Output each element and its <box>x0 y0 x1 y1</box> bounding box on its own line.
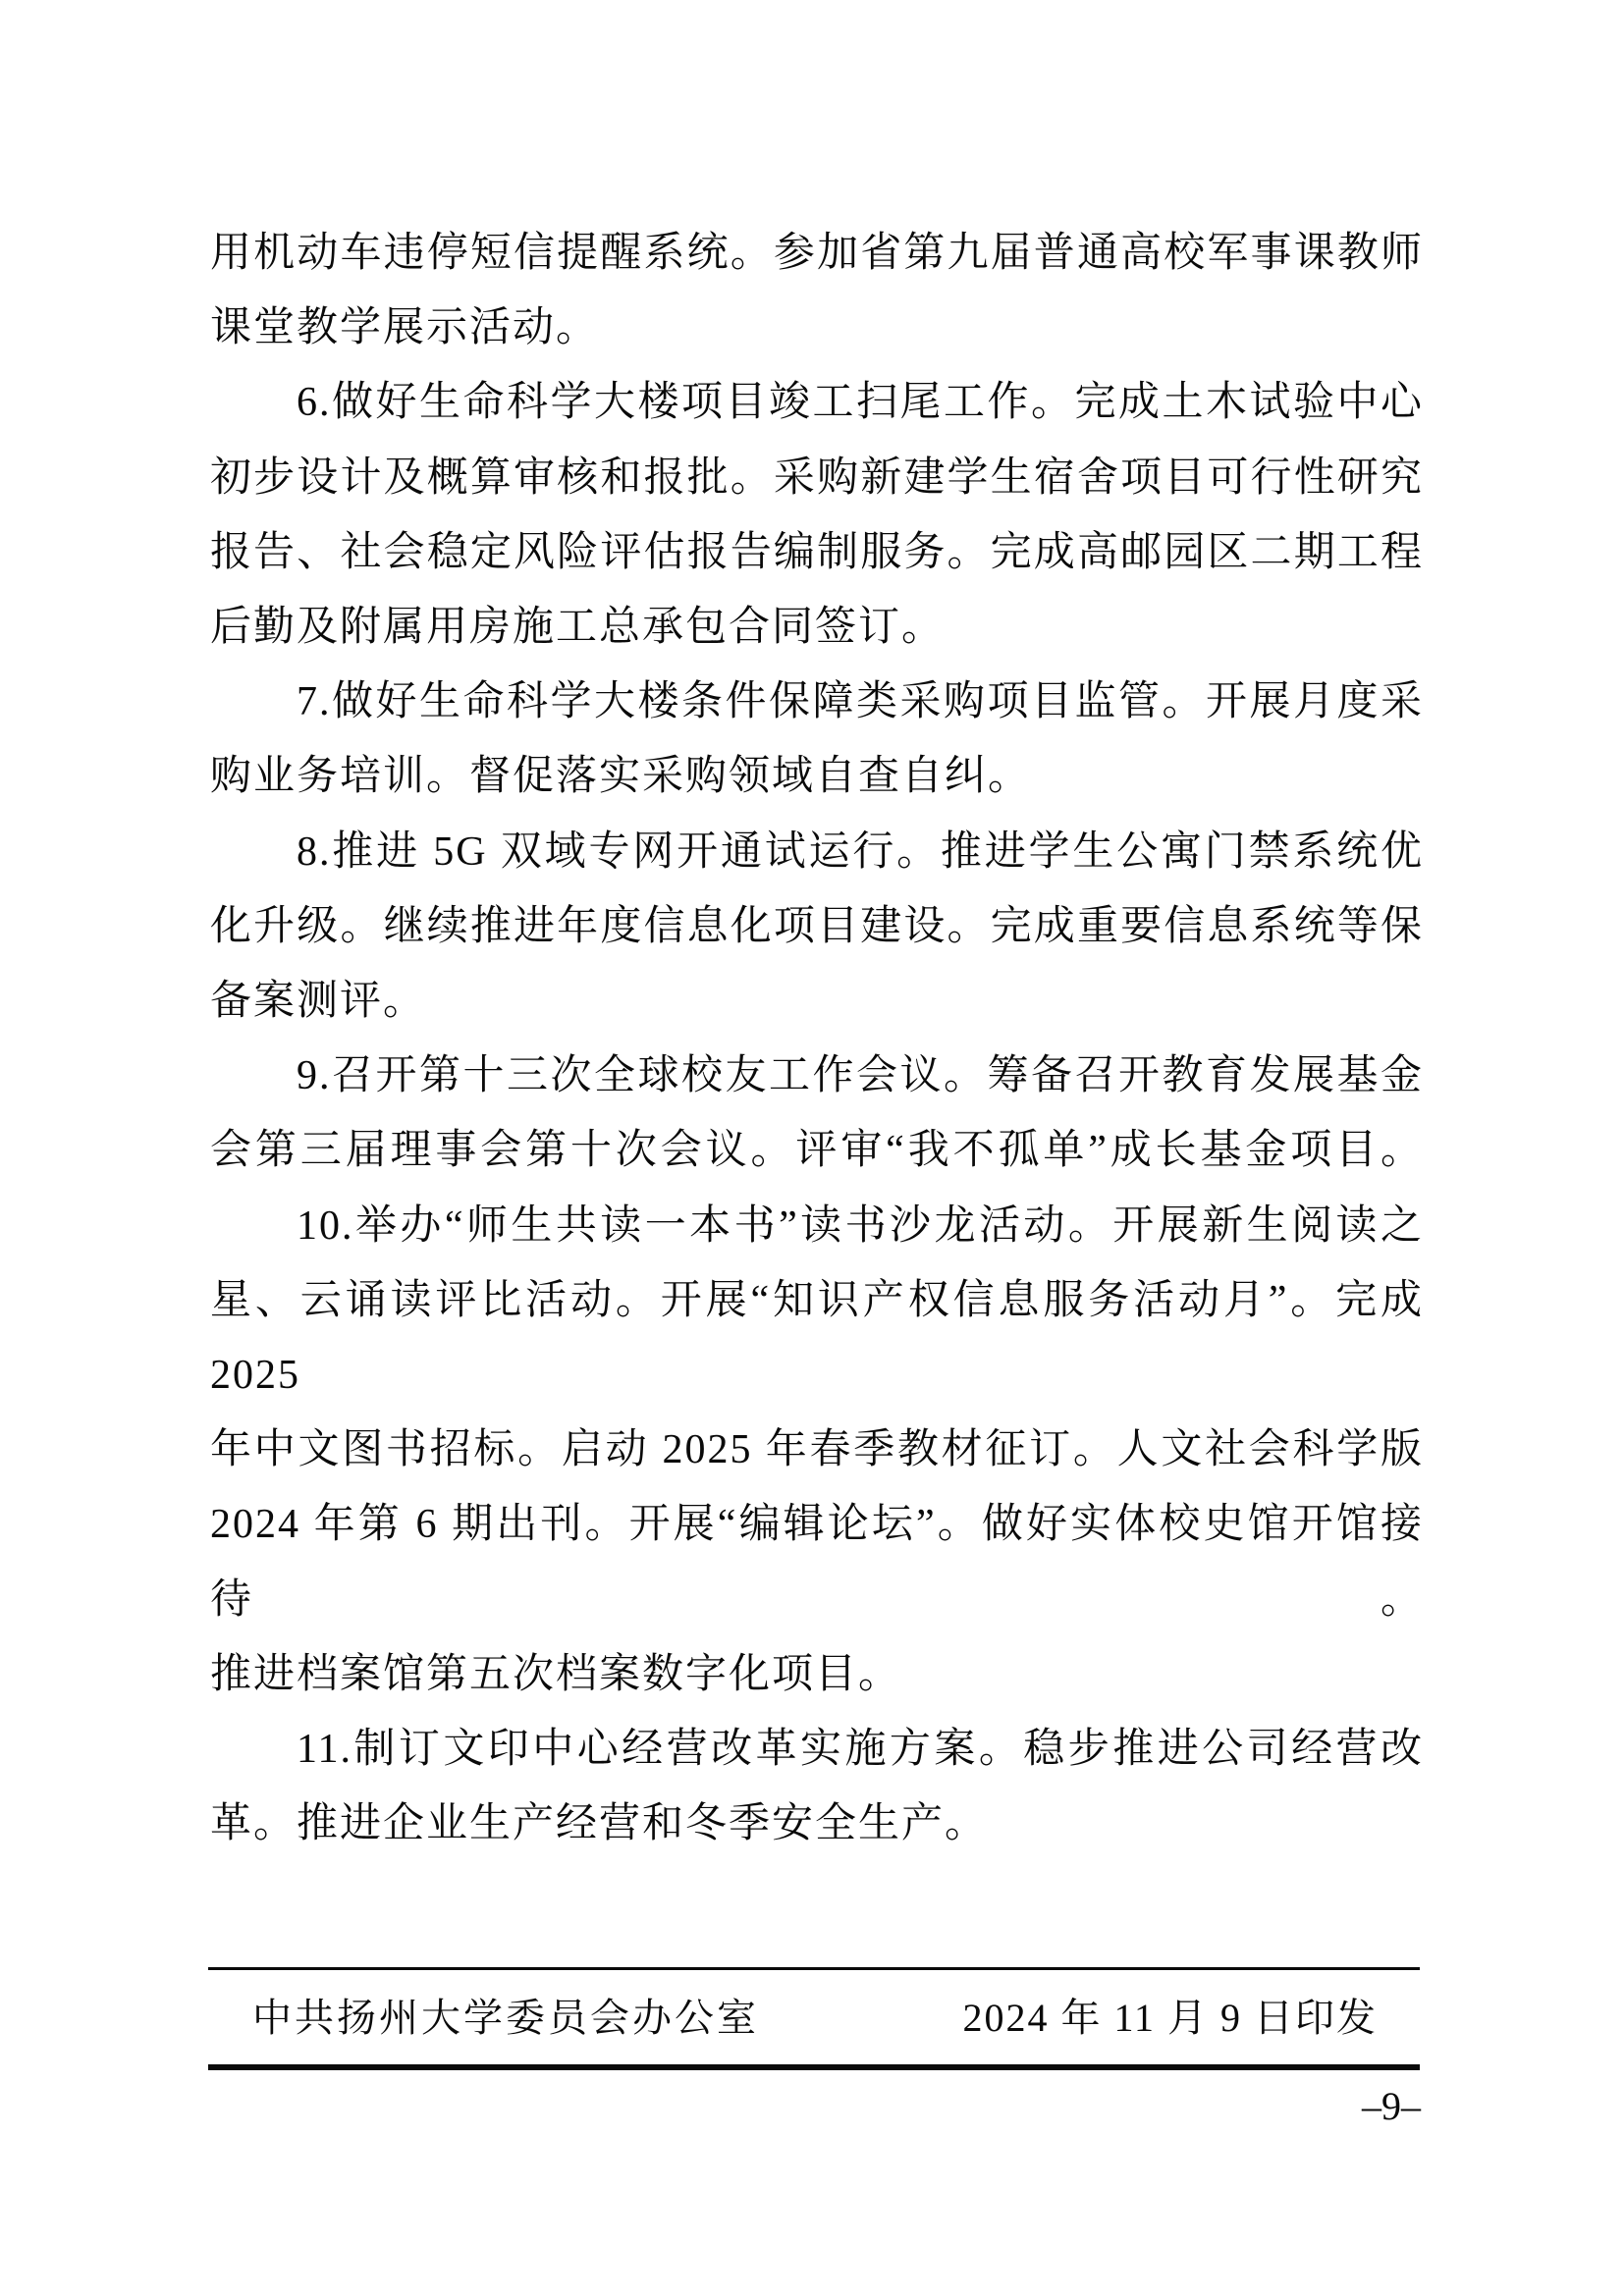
body-line: 年中文图书招标。启动 2025 年春季教材征订。人文社会科学版 <box>210 1413 1424 1487</box>
body-line: 课堂教学展示活动。 <box>210 291 1424 365</box>
issuing-office: 中共扬州大学委员会办公室 <box>252 1993 759 2044</box>
body-line: 推进档案馆第五次档案数字化项目。 <box>210 1637 1424 1712</box>
body-line: 初步设计及概算审核和报批。采购新建学生宿舍项目可行性研究 <box>210 441 1424 515</box>
footer-top-rule <box>208 1967 1420 1970</box>
body-line: 8.推进 5G 双域专网开通试运行。推进学生公寓门禁系统优 <box>210 815 1424 889</box>
body-line: 2024 年第 6 期出刊。开展“编辑论坛”。做好实体校史馆开馆接待。 <box>210 1487 1424 1636</box>
body-line: 后勤及附属用房施工总承包合同签订。 <box>210 590 1424 665</box>
body-line: 9.召开第十三次全球校友工作会议。筹备召开教育发展基金 <box>210 1039 1424 1113</box>
page-number: –9– <box>1362 2085 1421 2128</box>
body-line: 7.做好生命科学大楼条件保障类采购项目监管。开展月度采 <box>210 665 1424 739</box>
footer-row: 中共扬州大学委员会办公室 2024 年 11 月 9 日印发 <box>210 1993 1424 2044</box>
body-line: 备案测评。 <box>210 964 1424 1039</box>
body-line: 星、云诵读评比活动。开展“知识产权信息服务活动月”。完成 2025 <box>210 1263 1424 1413</box>
body-line: 革。推进企业生产经营和冬季安全生产。 <box>210 1787 1424 1861</box>
body-line: 11.制订文印中心经营改革实施方案。稳步推进公司经营改 <box>210 1712 1424 1787</box>
body-line: 用机动车违停短信提醒系统。参加省第九届普通高校军事课教师 <box>210 216 1424 291</box>
body-line: 6.做好生命科学大楼项目竣工扫尾工作。完成土木试验中心 <box>210 365 1424 440</box>
footer-bottom-rule <box>208 2064 1420 2070</box>
body-line: 报告、社会稳定风险评估报告编制服务。完成高邮园区二期工程 <box>210 515 1424 590</box>
print-date: 2024 年 11 月 9 日印发 <box>962 1993 1378 2044</box>
document-page: 用机动车违停短信提醒系统。参加省第九届普通高校军事课教师课堂教学展示活动。6.做… <box>0 0 1624 2296</box>
body-line: 购业务培训。督促落实采购领域自查自纠。 <box>210 739 1424 814</box>
body-line: 化升级。继续推进年度信息化项目建设。完成重要信息系统等保 <box>210 889 1424 964</box>
body-line: 会第三届理事会第十次会议。评审“我不孤单”成长基金项目。 <box>210 1113 1424 1188</box>
body-line: 10.举办“师生共读一本书”读书沙龙活动。开展新生阅读之 <box>210 1189 1424 1263</box>
document-body: 用机动车违停短信提醒系统。参加省第九届普通高校军事课教师课堂教学展示活动。6.做… <box>210 216 1424 1861</box>
